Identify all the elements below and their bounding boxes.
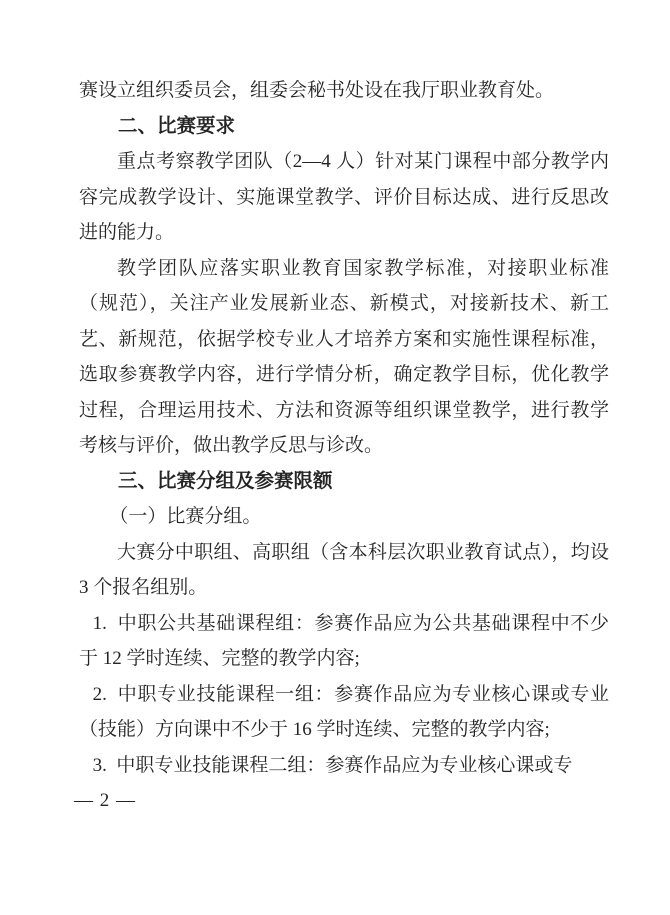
paragraph: 1. 中职公共基础课程组：参赛作品应为公共基础课程中不少于 12 学时连续、完整…: [79, 606, 609, 677]
sub-heading: （一）比赛分组。: [79, 499, 609, 535]
page-number: — 2 —: [74, 789, 136, 813]
section-heading: 二、比赛要求: [79, 109, 609, 145]
section-heading: 三、比赛分组及参赛限额: [79, 464, 609, 500]
paragraph: 2. 中职专业技能课程一组：参赛作品应为专业核心课或专业（技能）方向课中不少于 …: [79, 677, 609, 748]
document-body: 赛设立组织委员会，组委会秘书处设在我厅职业教育处。二、比赛要求重点考察教学团队（…: [79, 73, 609, 783]
paragraph: 赛设立组织委员会，组委会秘书处设在我厅职业教育处。: [79, 73, 609, 109]
paragraph: 大赛分中职组、高职组（含本科层次职业教育试点），均设 3 个报名组别。: [79, 535, 609, 606]
document-page: 赛设立组织委员会，组委会秘书处设在我厅职业教育处。二、比赛要求重点考察教学团队（…: [0, 0, 670, 915]
paragraph: 重点考察教学团队（2—4 人）针对某门课程中部分教学内容完成教学设计、实施课堂教…: [79, 144, 609, 251]
paragraph: 教学团队应落实职业教育国家教学标准，对接职业标准（规范），关注产业发展新业态、新…: [79, 251, 609, 464]
paragraph: 3. 中职专业技能课程二组：参赛作品应为专业核心课或专: [79, 748, 609, 784]
